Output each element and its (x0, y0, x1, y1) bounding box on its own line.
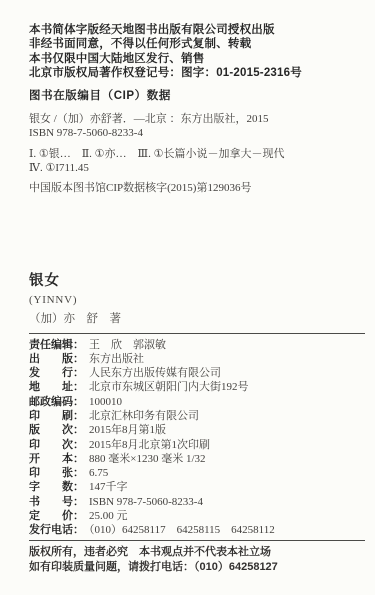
detail-row: 印 次：2015年8月北京第1次印刷 (29, 438, 365, 452)
detail-label: 字 数： (29, 481, 84, 493)
title-block: 银女 (YINNV) （加）亦 舒 著 (29, 272, 365, 326)
license-notice: 本书简体字版经天地图书出版有限公司授权出版 非经书面同意，不得以任何形式复制、转… (29, 23, 365, 81)
detail-label: 印 刷： (29, 410, 84, 422)
detail-row: 发 行：人民东方出版传媒有限公司 (29, 366, 365, 380)
book-copyright-page: 本书简体字版经天地图书出版有限公司授权出版 非经书面同意，不得以任何形式复制、转… (0, 0, 375, 595)
detail-row: 地 址：北京市东城区朝阳门内大街192号 (29, 380, 365, 394)
cip-isbn-line: ISBN 978-7-5060-8233-4 (29, 126, 365, 140)
detail-row: 邮政编码：100010 (29, 395, 365, 409)
detail-value: 王 欣 郭淑敏 (89, 339, 166, 351)
detail-value: 25.00 元 (89, 510, 128, 522)
cip-heading: 图书在版编目（CIP）数据 (29, 89, 365, 103)
detail-value: 6.75 (89, 467, 108, 479)
cip-classification-line: Ⅳ. ①I711.45 (29, 161, 365, 175)
copyright-warning: 版权所有，违者必究 本书观点并不代表本社立场 (29, 545, 365, 561)
detail-value: 100010 (89, 396, 122, 408)
detail-label: 定 价： (29, 510, 84, 522)
detail-label: 发行电话： (29, 524, 84, 536)
license-line: 本书仅限中国大陆地区发行、销售 (29, 52, 365, 66)
cip-record-group: 中国版本图书馆CIP数据核字(2015)第129036号 (29, 181, 365, 195)
detail-label: 出 版： (29, 353, 84, 365)
cip-title-group: 银女 /（加）亦舒著．—北京 ：东方出版社，2015 ISBN 978-7-50… (29, 112, 365, 141)
license-line: 非经书面同意，不得以任何形式复制、转载 (29, 37, 365, 51)
cip-record-number: 中国版本图书馆CIP数据核字(2015)第129036号 (29, 181, 365, 195)
detail-row: 发行电话：（010）64258117 64258115 64258112 (29, 523, 365, 537)
detail-row: 开 本：880 毫米×1230 毫米 1/32 (29, 452, 365, 466)
detail-value: 2015年8月北京第1次印刷 (89, 439, 210, 451)
detail-value: 880 毫米×1230 毫米 1/32 (89, 453, 206, 465)
cip-classification-line: Ⅰ. ①银… Ⅱ. ①亦… Ⅲ. ①长篇小说－加拿大－现代 (29, 147, 365, 161)
detail-value: 人民东方出版传媒有限公司 (89, 367, 221, 379)
detail-value: 北京市东城区朝阳门内大街192号 (89, 381, 249, 393)
detail-value: 北京汇林印务有限公司 (89, 410, 199, 422)
detail-row: 出 版：东方出版社 (29, 352, 365, 366)
detail-label: 发 行： (29, 367, 84, 379)
detail-value: 147千字 (89, 481, 128, 493)
detail-label: 书 号： (29, 496, 84, 508)
detail-label: 版 次： (29, 424, 84, 436)
book-author: （加）亦 舒 著 (29, 312, 365, 326)
detail-label: 地 址： (29, 381, 84, 393)
detail-value: 2015年8月第1版 (89, 424, 166, 436)
detail-value: （010）64258117 64258115 64258112 (89, 524, 275, 536)
detail-row: 字 数：147千字 (29, 480, 365, 494)
cip-title-line: 银女 /（加）亦舒著．—北京 ：东方出版社，2015 (29, 112, 365, 126)
detail-label: 印 张： (29, 467, 84, 479)
detail-row: 书 号：ISBN 978-7-5060-8233-4 (29, 495, 365, 509)
detail-label: 印 次： (29, 439, 84, 451)
detail-row: 定 价：25.00 元 (29, 509, 365, 523)
detail-label: 责任编辑： (29, 339, 84, 351)
book-title: 银女 (29, 272, 365, 291)
detail-value: ISBN 978-7-5060-8233-4 (89, 496, 203, 508)
cip-section: 图书在版编目（CIP）数据 银女 /（加）亦舒著．—北京 ：东方出版社，2015… (29, 89, 365, 196)
detail-label: 邮政编码： (29, 396, 84, 408)
copyright-footer: 版权所有，违者必究 本书观点并不代表本社立场 如有印装质量问题，请拨打电话：（0… (29, 545, 365, 577)
license-line: 本书简体字版经天地图书出版有限公司授权出版 (29, 23, 365, 37)
divider-bottom (29, 540, 365, 541)
book-title-romanized: (YINNV) (29, 294, 365, 307)
detail-value: 东方出版社 (89, 353, 144, 365)
quality-hotline: 如有印装质量问题，请拨打电话：（010）64258127 (29, 560, 365, 576)
publication-details: 责任编辑：王 欣 郭淑敏 出 版：东方出版社 发 行：人民东方出版传媒有限公司 … (29, 338, 365, 538)
detail-row: 责任编辑：王 欣 郭淑敏 (29, 338, 365, 352)
detail-row: 印 张：6.75 (29, 466, 365, 480)
detail-row: 版 次：2015年8月第1版 (29, 423, 365, 437)
divider-top (29, 333, 365, 334)
registration-number-line: 北京市版权局著作权登记号：图字：01-2015-2316号 (29, 66, 365, 80)
detail-row: 印 刷：北京汇林印务有限公司 (29, 409, 365, 423)
cip-classification-group: Ⅰ. ①银… Ⅱ. ①亦… Ⅲ. ①长篇小说－加拿大－现代 Ⅳ. ①I711.4… (29, 147, 365, 176)
detail-label: 开 本： (29, 453, 84, 465)
